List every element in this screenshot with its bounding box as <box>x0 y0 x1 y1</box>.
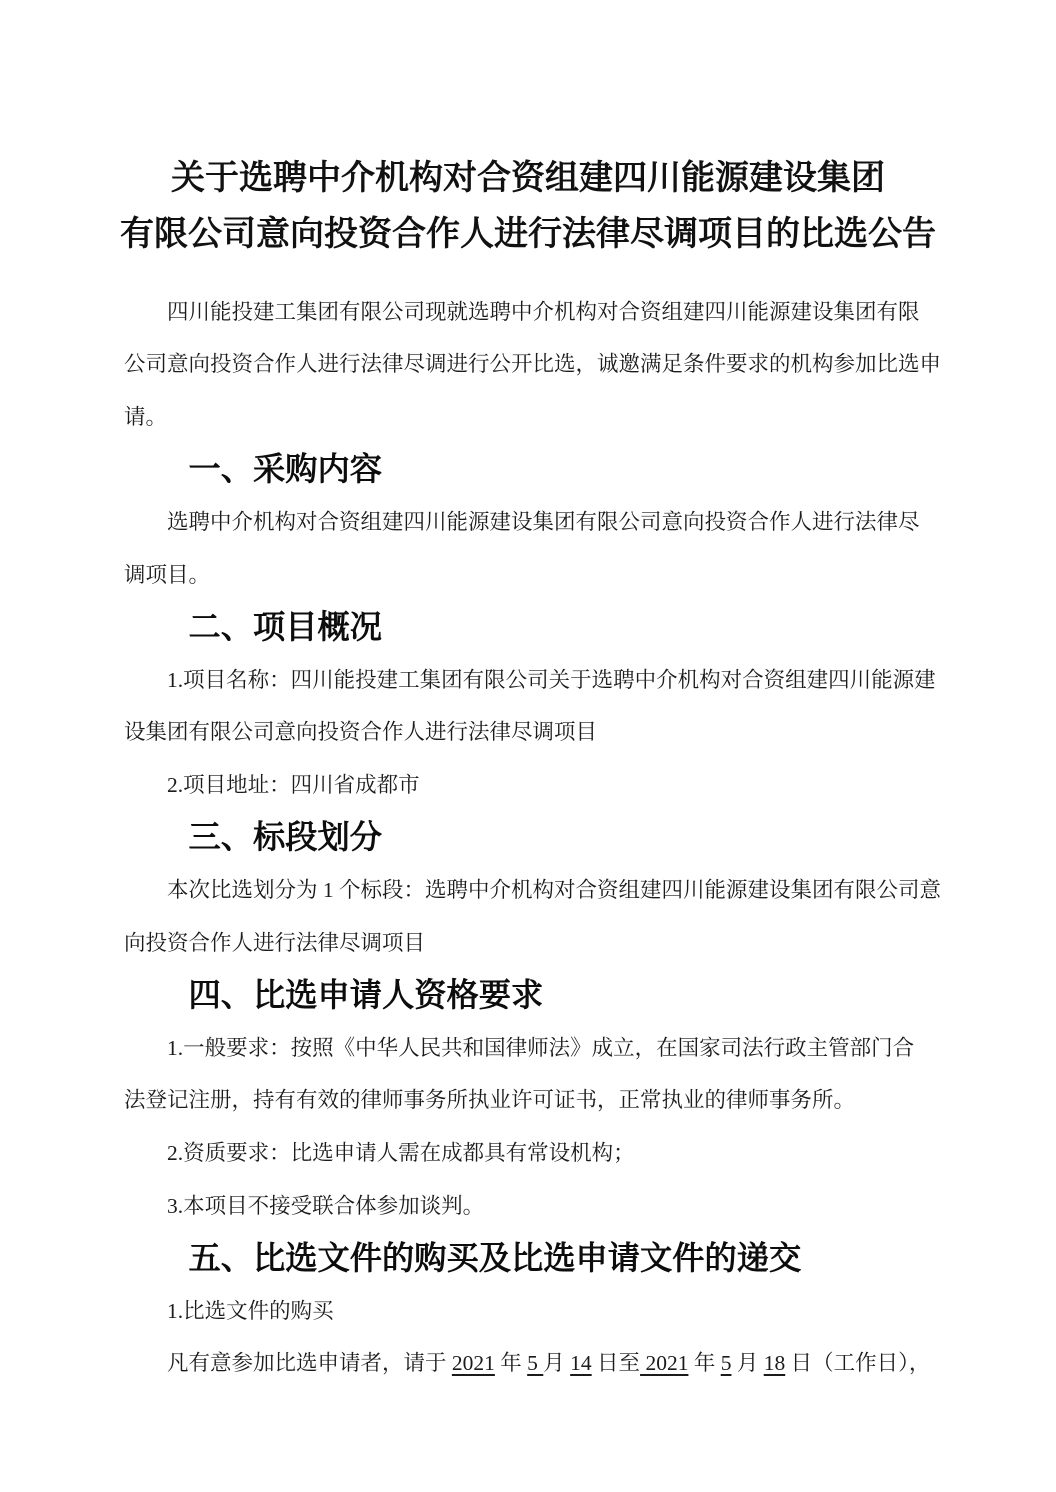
purchase-line-text: 年 <box>688 1351 720 1375</box>
intro-paragraph: 四川能投建工集团有限公司现就选聘中介机构对合资组建四川能源建设集团有限 公司意向… <box>124 286 1036 444</box>
section5-heading: 五、比选文件的购买及比选申请文件的递交 <box>124 1232 1036 1285</box>
document-body: 四川能投建工集团有限公司现就选聘中介机构对合资组建四川能源建设集团有限 公司意向… <box>0 286 1056 1390</box>
document-page: 关于选聘中介机构对合资组建四川能源建设集团 有限公司意向投资合作人进行法律尽调项… <box>0 0 1056 1492</box>
section5-item-purchase-title: 1.比选文件的购买 <box>124 1285 1036 1338</box>
purchase-end-month-field: 5 <box>721 1351 732 1375</box>
document-title: 关于选聘中介机构对合资组建四川能源建设集团 有限公司意向投资合作人进行法律尽调项… <box>0 23 1056 263</box>
section1-heading: 一、采购内容 <box>124 443 1036 496</box>
section4-item-general-requirements: 1.一般要求：按照《中华人民共和国律师法》成立，在国家司法行政主管部门合 法登记… <box>124 1022 1036 1127</box>
purchase-line-text: 日（工作日）， <box>785 1351 930 1375</box>
purchase-line-text: 年 <box>495 1351 527 1375</box>
section3-heading: 三、标段划分 <box>124 811 1036 864</box>
section2-item-project-name: 1.项目名称：四川能投建工集团有限公司关于选聘中介机构对合资组建四川能源建 设集… <box>124 654 1036 759</box>
purchase-line-text: 日至 <box>592 1351 640 1375</box>
purchase-start-day-field: 14 <box>570 1351 592 1375</box>
purchase-line-text: 月 <box>543 1351 570 1375</box>
section2-heading: 二、项目概况 <box>124 601 1036 654</box>
section4-item-no-consortium: 3.本项目不接受联合体参加谈判。 <box>124 1180 1036 1233</box>
section4-heading: 四、比选申请人资格要求 <box>124 969 1036 1022</box>
purchase-line-text: 凡有意参加比选申请者，请于 <box>167 1351 452 1375</box>
section2-item-project-address: 2.项目地址：四川省成都市 <box>124 759 1036 812</box>
purchase-line-text: 月 <box>731 1351 763 1375</box>
purchase-end-day-field: 18 <box>764 1351 786 1375</box>
section4-item-qualification-requirements: 2.资质要求：比选申请人需在成都具有常设机构； <box>124 1127 1036 1180</box>
purchase-start-year-field: 2021 <box>452 1351 495 1375</box>
purchase-end-year-field: 2021 <box>640 1351 688 1375</box>
purchase-start-month-field: 5 <box>527 1351 543 1375</box>
purchase-date-line: 凡有意参加比选申请者，请于 2021 年 5 月 14 日至 2021 年 5 … <box>124 1337 1036 1390</box>
section1-body: 选聘中介机构对合资组建四川能源建设集团有限公司意向投资合作人进行法律尽 调项目。 <box>124 496 1036 601</box>
section3-body: 本次比选划分为 1 个标段：选聘中介机构对合资组建四川能源建设集团有限公司意 向… <box>124 864 1036 969</box>
